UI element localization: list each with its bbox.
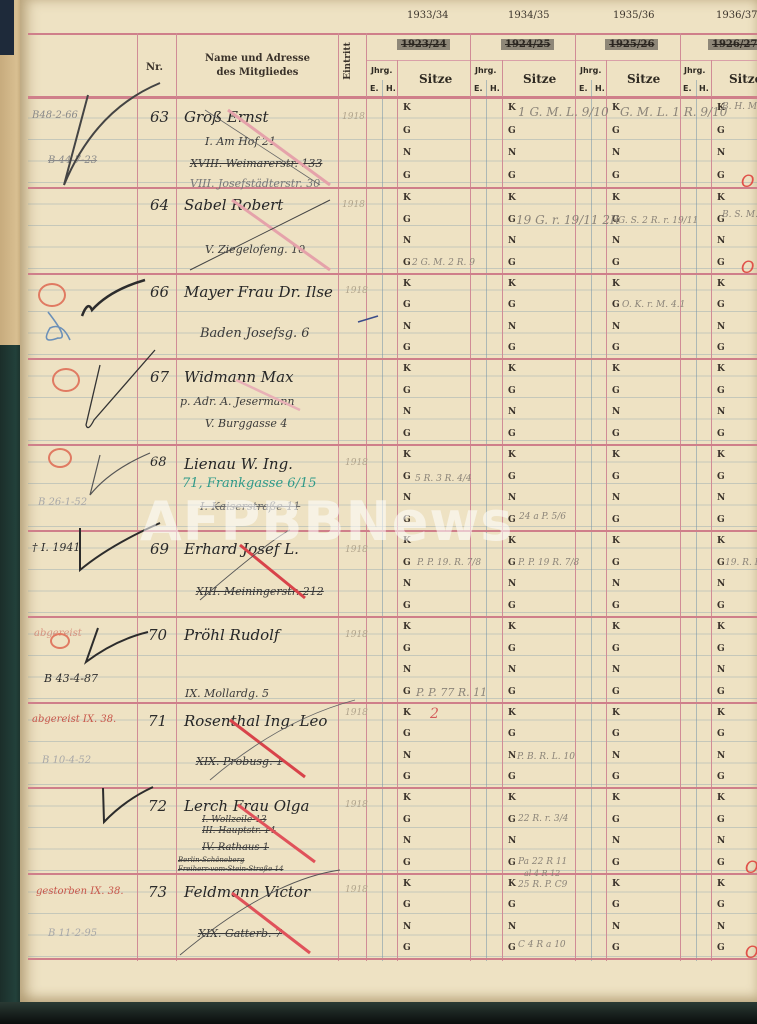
member-name: Mayer Frau Dr. Ilse: [184, 283, 333, 301]
seat-code: G: [612, 343, 620, 353]
seat-code: K: [612, 450, 620, 460]
seat-note: 5 R. 3 R. 4/4: [415, 474, 472, 484]
seat-code: G: [717, 472, 725, 482]
member-name: Lerch Frau Olga: [184, 797, 309, 815]
seat-code: K: [508, 279, 516, 289]
seat-code: N: [612, 148, 620, 158]
seat-code: K: [403, 279, 411, 289]
seat-code: G: [612, 126, 620, 136]
seat-code: G: [717, 815, 725, 825]
seat-code: K: [717, 364, 725, 374]
eintritt-header: Eintritt: [343, 41, 353, 81]
member-address: XIX. Gatterb. 7: [198, 927, 282, 940]
seat-code: G: [508, 343, 516, 353]
seat-code: G: [717, 900, 725, 910]
member-name: Feldmann Victor: [184, 883, 310, 901]
seat-code: G: [717, 943, 725, 953]
member-address: XIII. Meiningerstr. 212: [196, 585, 324, 598]
member-nr: 64: [150, 196, 169, 214]
member-address: I. Am Hof 21: [205, 135, 276, 148]
seat-note: Pa 22 R 11: [518, 857, 567, 867]
seat-code: G: [508, 558, 516, 568]
circle-mark: [52, 368, 80, 392]
seat-code: G: [717, 601, 725, 611]
seat-note: B. H. M.: [722, 102, 757, 112]
seat-note: P. B. R. L. 10: [517, 752, 575, 762]
member-address: VIII. Josefstädterstr. 30: [190, 177, 320, 190]
margin-note: B48-2-66: [32, 110, 78, 121]
margin-note: gestorben IX. 38.: [36, 886, 124, 897]
e-label-3: E.: [579, 84, 588, 93]
seat-code: N: [612, 407, 620, 417]
seat-code: K: [403, 879, 411, 889]
member-nr: 71: [148, 712, 167, 730]
seat-code: G: [612, 900, 620, 910]
h-label-2: H.: [490, 84, 500, 93]
member-address: I. Wollzeile 13: [202, 815, 267, 825]
seat-code: N: [612, 922, 620, 932]
seat-note: P. P. 19 R. 7/8: [518, 558, 579, 568]
row-separator: [28, 787, 757, 789]
seat-note: 24 a P. 5/6: [519, 512, 566, 522]
seat-code: G: [403, 386, 411, 396]
seat-code: G: [403, 215, 411, 225]
seat-code: N: [717, 579, 725, 589]
printed-year-1: 1923/24: [397, 39, 450, 50]
seat-code: N: [717, 322, 725, 332]
red-o-mark: O: [745, 858, 757, 878]
seat-code: G: [612, 729, 620, 739]
seat-code: G: [508, 772, 516, 782]
member-address: IX. Mollardg. 5: [185, 687, 269, 700]
row-separator: [28, 97, 757, 99]
seat-code: G: [403, 258, 411, 268]
member-eintritt: 1918: [345, 708, 368, 718]
seat-code: N: [612, 322, 620, 332]
seat-code: K: [612, 364, 620, 374]
seat-code: N: [508, 148, 516, 158]
seat-code: G: [717, 515, 725, 525]
seat-code: K: [717, 536, 725, 546]
seat-code: K: [612, 103, 620, 113]
seat-code: N: [717, 236, 725, 246]
year-label-1: 1933/34: [407, 10, 449, 21]
seat-code: N: [508, 322, 516, 332]
seat-code: G: [508, 171, 516, 181]
seat-code: N: [508, 665, 516, 675]
seat-code: G: [508, 815, 516, 825]
seat-code: G: [508, 900, 516, 910]
member-address: p. Adr. A. Jesermann: [180, 395, 295, 408]
seat-code: N: [612, 665, 620, 675]
member-eintritt: 1918: [342, 112, 365, 122]
margin-note: B 44-7-23: [48, 155, 97, 166]
red-o-mark: O: [745, 943, 757, 963]
jhrg-label-1: Jhrg.: [371, 66, 392, 75]
seat-note: 25 R. P. C9: [518, 880, 567, 890]
member-name: Pröhl Rudolf: [184, 626, 279, 644]
seat-code: N: [612, 493, 620, 503]
seat-code: N: [717, 493, 725, 503]
seat-code: K: [508, 103, 516, 113]
member-eintritt: 1918: [345, 458, 368, 468]
member-name: Groß Ernst: [184, 108, 268, 126]
circle-mark: [48, 448, 72, 468]
seat-code: G: [403, 943, 411, 953]
seat-note: 22 R. r. 3/4: [518, 814, 568, 824]
seat-code: K: [403, 450, 411, 460]
member-address: Baden Josefsg. 6: [200, 326, 310, 341]
seat-code: K: [403, 793, 411, 803]
seat-code: G: [717, 386, 725, 396]
name-header-line2: des Mitgliedes: [190, 67, 325, 78]
margin-note: abgereist IX. 38.: [32, 714, 116, 725]
member-address: Berlin-Schöneberg: [178, 856, 245, 864]
member-address: III. Hauptstr. 14: [202, 826, 276, 836]
red-o-mark: O: [741, 258, 754, 278]
e-label-4: E.: [683, 84, 692, 93]
col-divider-notes: [137, 33, 138, 961]
jhrg-label-3: Jhrg.: [580, 66, 601, 75]
seat-code: K: [717, 193, 725, 203]
seat-code: K: [508, 193, 516, 203]
seat-code: G: [612, 171, 620, 181]
e-label-1: E.: [370, 84, 379, 93]
margin-note: † I. 1941: [32, 541, 80, 554]
h-label-4: H.: [699, 84, 709, 93]
seat-note: G. M. L. 1 R. 9/10: [620, 105, 727, 119]
seat-code: G: [508, 687, 516, 697]
row-separator: [28, 873, 757, 875]
seat-code: K: [403, 103, 411, 113]
sitze-label-2: Sitze: [523, 72, 556, 86]
seat-code: G: [612, 429, 620, 439]
member-address: V. Ziegelofeng. 10: [205, 243, 305, 256]
seat-code: K: [403, 622, 411, 632]
seat-code: G: [717, 343, 725, 353]
seat-code: K: [508, 364, 516, 374]
watermark: AFPBBNews: [140, 490, 513, 553]
circle-mark: [38, 283, 66, 307]
seat-code: G: [717, 258, 725, 268]
member-name: Lienau W. Ing.: [184, 455, 293, 473]
member-nr: 66: [150, 283, 169, 301]
seat-code: G: [508, 126, 516, 136]
year-label-4: 1936/37: [716, 10, 757, 21]
seat-code: N: [403, 236, 411, 246]
seat-code: N: [612, 236, 620, 246]
seat-code: G: [717, 171, 725, 181]
seat-code: G: [508, 300, 516, 310]
e-label-2: E.: [474, 84, 483, 93]
seat-note: P. P. 77 R. 11: [416, 686, 487, 699]
row-separator: [28, 444, 757, 446]
seat-note: al 4 R 12: [524, 869, 560, 878]
seat-code: G: [508, 386, 516, 396]
seat-code: N: [403, 751, 411, 761]
seat-code: G: [403, 815, 411, 825]
sitze-label-4: Sitze: [729, 72, 757, 86]
seat-code: K: [403, 193, 411, 203]
member-nr: 68: [150, 455, 167, 470]
seat-code: K: [508, 708, 516, 718]
seat-code: G: [508, 601, 516, 611]
seat-code: K: [612, 879, 620, 889]
col-divider-sitze-3: [606, 60, 607, 961]
book-cover-bottom: [0, 1002, 757, 1024]
seat-code: G: [717, 429, 725, 439]
seat-code: G: [612, 687, 620, 697]
seat-code: N: [508, 579, 516, 589]
member-name: Widmann Max: [184, 368, 294, 386]
seat-code: G: [403, 644, 411, 654]
member-nr: 73: [148, 883, 167, 901]
seat-code: K: [403, 364, 411, 374]
seat-note: G. S. 2 R. r. 19/11: [618, 216, 698, 226]
sitze-label-3: Sitze: [627, 72, 660, 86]
member-eintritt: 1918: [345, 885, 368, 895]
seat-code: G: [508, 472, 516, 482]
seat-note: O. K. r. M. 4.1: [622, 300, 685, 310]
col-e-h-divider-4: [696, 80, 697, 961]
seat-code: G: [612, 258, 620, 268]
seat-code: N: [612, 579, 620, 589]
nr-header: Nr.: [146, 62, 163, 73]
seat-code: N: [403, 665, 411, 675]
seat-code: N: [508, 236, 516, 246]
seat-code: G: [403, 601, 411, 611]
seat-code: N: [403, 836, 411, 846]
seat-code: K: [717, 279, 725, 289]
seat-code: G: [612, 558, 620, 568]
seat-code: G: [508, 215, 516, 225]
member-address: XVIII. Weimarerstr. 133: [190, 157, 322, 170]
printed-year-2: 1924/25: [501, 39, 554, 50]
member-address: 71, Frankgasse 6/15: [182, 476, 316, 491]
row-separator: [28, 958, 757, 960]
seat-code: G: [612, 772, 620, 782]
col-divider-year-3: [575, 33, 576, 961]
seat-code: K: [612, 622, 620, 632]
seat-code: G: [403, 900, 411, 910]
seat-code: G: [508, 729, 516, 739]
member-eintritt: 1918: [345, 630, 368, 640]
seat-code: N: [508, 751, 516, 761]
seat-code: G: [403, 171, 411, 181]
binding-band: [0, 0, 14, 55]
seat-code: N: [717, 836, 725, 846]
seat-code: N: [403, 922, 411, 932]
seat-code: K: [717, 450, 725, 460]
seat-code: K: [508, 622, 516, 632]
seat-code: N: [717, 665, 725, 675]
seat-code: G: [508, 644, 516, 654]
printed-year-4: 1926/27: [708, 39, 757, 50]
year-label-2: 1934/35: [508, 10, 550, 21]
seat-code: G: [508, 429, 516, 439]
seat-code: G: [717, 644, 725, 654]
seat-code: K: [508, 450, 516, 460]
seat-note: 19. R. L.: [725, 558, 757, 568]
seat-code: N: [508, 407, 516, 417]
seat-note: 2: [430, 706, 439, 722]
seat-code: N: [612, 751, 620, 761]
member-address: Freiherr-vom-Stein-Straße 14: [178, 865, 283, 873]
seat-code: G: [612, 943, 620, 953]
seat-note: 2 G. M. 2 R. 9: [412, 258, 475, 268]
seat-code: G: [717, 558, 725, 568]
seat-code: G: [612, 515, 620, 525]
margin-note: B 26-1-52: [38, 497, 87, 508]
seat-code: N: [717, 922, 725, 932]
seat-code: K: [717, 708, 725, 718]
seat-code: G: [403, 729, 411, 739]
seat-code: N: [508, 922, 516, 932]
seat-code: K: [717, 622, 725, 632]
seat-code: G: [612, 644, 620, 654]
seat-code: K: [403, 708, 411, 718]
row-separator: [28, 702, 757, 704]
jhrg-label-4: Jhrg.: [684, 66, 705, 75]
seat-code: G: [612, 472, 620, 482]
seat-code: G: [717, 858, 725, 868]
seat-code: G: [403, 126, 411, 136]
seat-note: 1 G. M. L. 9/10: [518, 105, 609, 119]
jhrg-label-2: Jhrg.: [475, 66, 496, 75]
seat-code: G: [717, 687, 725, 697]
seat-note: 19 G. r. 19/11 2R: [516, 213, 619, 227]
seat-code: G: [403, 472, 411, 482]
seat-code: G: [612, 386, 620, 396]
seat-code: N: [508, 836, 516, 846]
seat-code: G: [403, 343, 411, 353]
seat-code: G: [717, 729, 725, 739]
seat-code: G: [717, 126, 725, 136]
seat-code: K: [612, 793, 620, 803]
member-address: XIX. Probusg. 1: [196, 755, 283, 768]
seat-code: G: [612, 601, 620, 611]
seat-code: G: [508, 858, 516, 868]
seat-code: K: [612, 279, 620, 289]
seat-code: K: [717, 793, 725, 803]
seat-code: G: [403, 558, 411, 568]
seat-code: N: [717, 148, 725, 158]
name-header-line1: Name und Adresse: [190, 53, 325, 64]
h-label-1: H.: [386, 84, 396, 93]
year-label-3: 1935/36: [613, 10, 655, 21]
seat-code: K: [612, 536, 620, 546]
col-divider-sitze-4: [711, 60, 712, 961]
member-nr: 63: [150, 108, 169, 126]
sitze-label-1: Sitze: [419, 72, 452, 86]
row-separator: [28, 358, 757, 360]
row-separator: [28, 273, 757, 275]
seat-code: G: [403, 429, 411, 439]
seat-code: G: [403, 687, 411, 697]
seat-code: K: [612, 708, 620, 718]
seat-code: G: [403, 858, 411, 868]
h-label-3: H.: [595, 84, 605, 93]
seat-code: K: [717, 879, 725, 889]
member-address: IV. Rathaus 1: [202, 842, 269, 853]
seat-code: G: [717, 300, 725, 310]
seat-code: K: [508, 879, 516, 889]
seat-code: N: [403, 148, 411, 158]
seat-code: N: [717, 751, 725, 761]
seat-code: N: [403, 322, 411, 332]
seat-note: C 4 R a 10: [518, 940, 566, 950]
row-separator: [28, 187, 757, 189]
seat-code: G: [717, 772, 725, 782]
seat-code: N: [612, 836, 620, 846]
seat-code: G: [403, 772, 411, 782]
seat-code: G: [612, 858, 620, 868]
seat-note: P. P. 19. R. 7/8: [417, 558, 481, 568]
member-eintritt: 1918: [342, 200, 365, 210]
member-nr: 70: [148, 626, 167, 644]
member-eintritt: 1918: [345, 286, 368, 296]
seat-code: G: [403, 300, 411, 310]
seat-code: K: [508, 793, 516, 803]
row-separator: [28, 616, 757, 618]
seat-code: N: [717, 407, 725, 417]
seat-code: G: [508, 258, 516, 268]
member-name: Rosenthal Ing. Leo: [184, 712, 327, 730]
member-address: V. Burggasse 4: [205, 417, 287, 430]
circle-mark: [50, 633, 70, 649]
member-nr: 72: [148, 797, 167, 815]
year-subheader-line: [367, 60, 757, 61]
seat-code: N: [403, 407, 411, 417]
margin-note: B 10-4-52: [42, 755, 91, 766]
seat-code: N: [403, 579, 411, 589]
seat-code: G: [612, 300, 620, 310]
col-divider-year-4: [680, 33, 681, 961]
member-nr: 67: [150, 368, 169, 386]
printed-year-3: 1925/26: [605, 39, 658, 50]
margin-note: B 11-2-95: [48, 928, 97, 939]
member-name: Sabel Robert: [184, 196, 283, 214]
seat-code: K: [612, 193, 620, 203]
red-o-mark: O: [741, 172, 754, 192]
seat-code: G: [508, 943, 516, 953]
seat-code: G: [612, 815, 620, 825]
member-eintritt: 1918: [345, 800, 368, 810]
margin-note: B 43-4-87: [44, 672, 98, 685]
seat-note: B. S. M.: [722, 210, 757, 220]
